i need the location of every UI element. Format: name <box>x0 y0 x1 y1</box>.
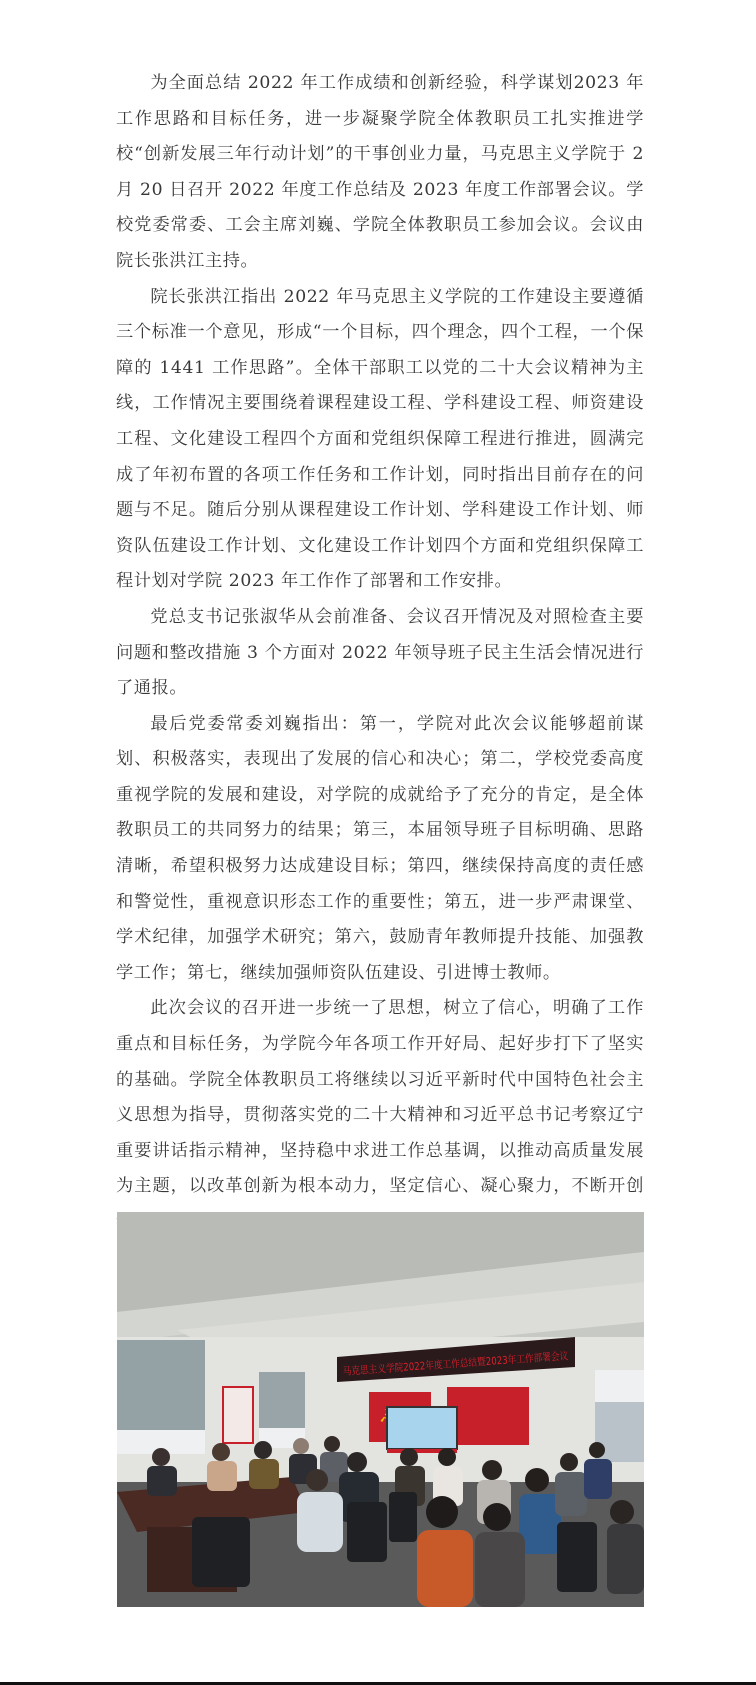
paragraph-party-secretary-report: 党总支书记张淑华从会前准备、会议召开情况及对照检查主要问题和整改措施 3 个方面… <box>116 600 644 707</box>
article-body: 为全面总结 2022 年工作成绩和创新经验，科学谋划2023 年工作思路和目标任… <box>116 66 644 1241</box>
paragraph-intro: 为全面总结 2022 年工作成绩和创新经验，科学谋划2023 年工作思路和目标任… <box>116 66 644 280</box>
paragraph-conclusion: 此次会议的召开进一步统一了思想，树立了信心，明确了工作重点和目标任务，为学院今年… <box>116 991 644 1240</box>
meeting-photo: 马克思主义学院2022年度工作总结暨2023年工作部署会议 ☭ <box>117 1212 644 1607</box>
paragraph-dean-speech: 院长张洪江指出 2022 年马克思主义学院的工作建设主要遵循三个标准一个意见，形… <box>116 280 644 600</box>
paragraph-committee-remarks: 最后党委常委刘巍指出：第一，学院对此次会议能够超前谋划、积极落实，表现出了发展的… <box>116 707 644 992</box>
